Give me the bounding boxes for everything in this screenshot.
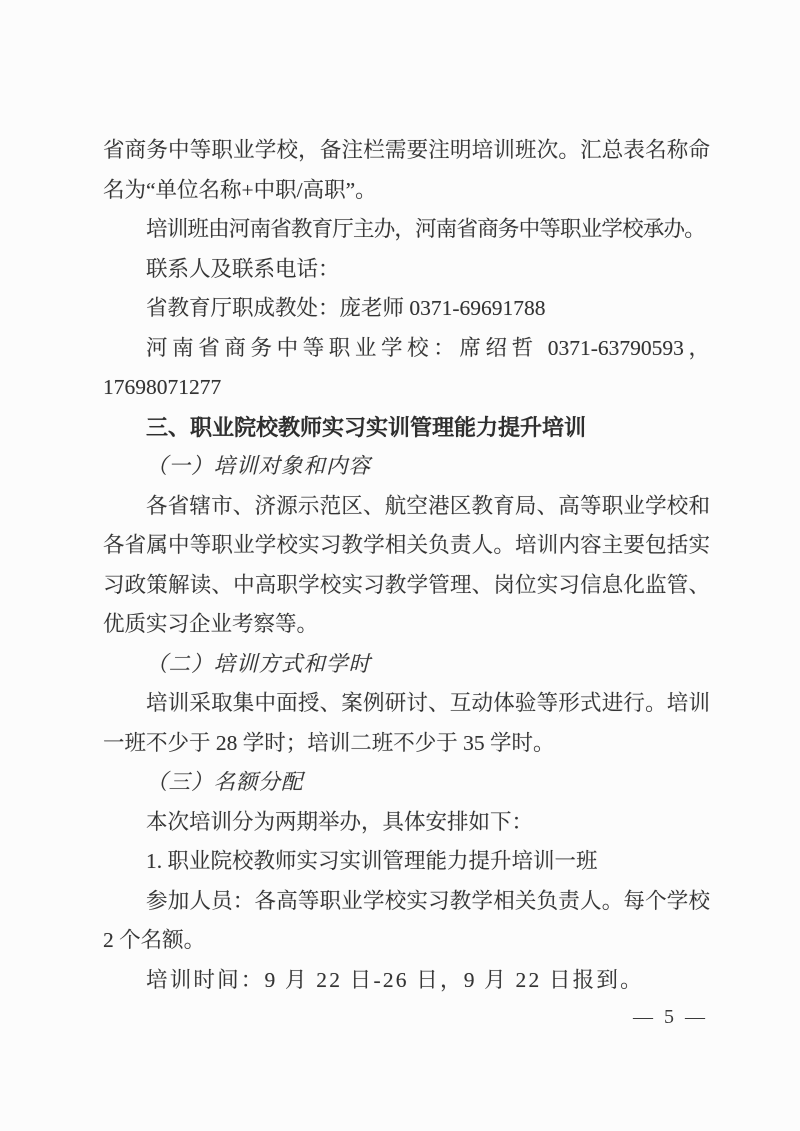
- text-line: 17698071277: [103, 368, 710, 408]
- paragraph-line: 培训采取集中面授、案例研讨、互动体验等形式进行。培训: [103, 684, 710, 724]
- paragraph-line: 培训时间：9 月 22 日-26 日，9 月 22 日报到。: [103, 961, 710, 1001]
- text-line: 各省属中等职业学校实习教学相关负责人。培训内容主要包括实: [103, 526, 710, 566]
- paragraph-line: 参加人员：各高等职业学校实习教学相关负责人。每个学校: [103, 882, 710, 922]
- section-heading: 三、职业院校教师实习实训管理能力提升培训: [103, 408, 710, 448]
- paragraph-line: 本次培训分为两期举办，具体安排如下：: [103, 803, 710, 843]
- document-body: 省商务中等职业学校，备注栏需要注明培训班次。汇总表名称命名为“单位名称+中职/高…: [103, 131, 710, 1000]
- paragraph-line: 培训班由河南省教育厅主办，河南省商务中等职业学校承办。: [103, 210, 710, 250]
- subsection-heading: （二）培训方式和学时: [103, 645, 710, 685]
- text-line: 习政策解读、中高职学校实习教学管理、岗位实习信息化监管、: [103, 566, 710, 606]
- text-line: 2 个名额。: [103, 921, 710, 961]
- page-number: — 5 —: [633, 1002, 708, 1032]
- text-line: 优质实习企业考察等。: [103, 605, 710, 645]
- paragraph-line: 省教育厅职成教处：庞老师 0371-69691788: [103, 289, 710, 329]
- paragraph-line: 各省辖市、济源示范区、航空港区教育局、高等职业学校和: [103, 487, 710, 527]
- paragraph-line: 联系人及联系电话：: [103, 250, 710, 290]
- paragraph-line: 1. 职业院校教师实习实训管理能力提升培训一班: [103, 842, 710, 882]
- subsection-heading: （三）名额分配: [103, 763, 710, 803]
- document-page: 省商务中等职业学校，备注栏需要注明培训班次。汇总表名称命名为“单位名称+中职/高…: [0, 0, 800, 1131]
- paragraph-line: 河南省商务中等职业学校：席绍哲 0371-63790593，: [103, 329, 710, 369]
- subsection-heading: （一）培训对象和内容: [103, 447, 710, 487]
- text-line: 一班不少于 28 学时；培训二班不少于 35 学时。: [103, 724, 710, 764]
- text-line: 名为“单位名称+中职/高职”。: [103, 171, 710, 211]
- text-line: 省商务中等职业学校，备注栏需要注明培训班次。汇总表名称命: [103, 131, 710, 171]
